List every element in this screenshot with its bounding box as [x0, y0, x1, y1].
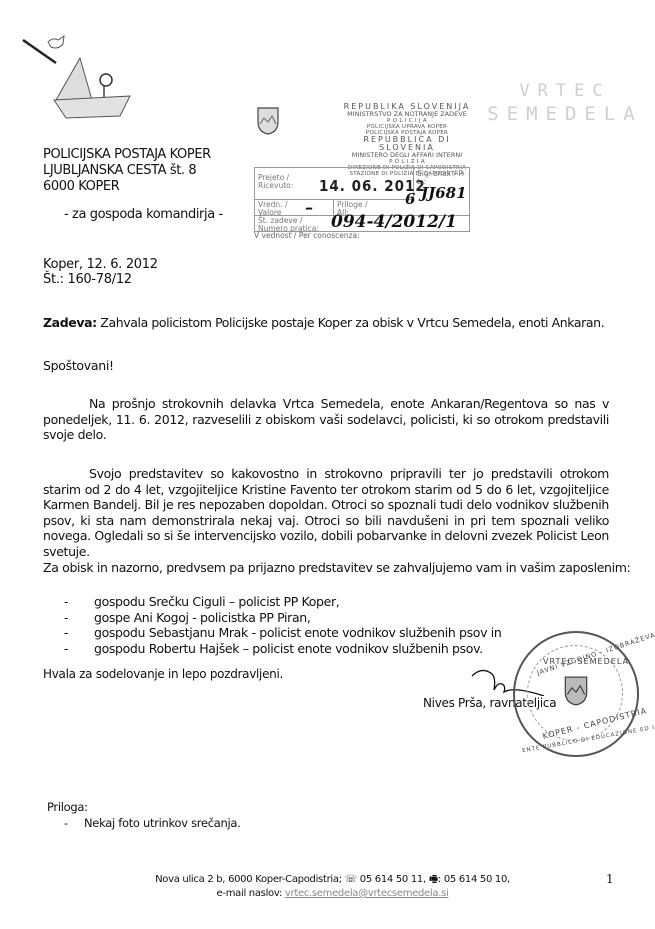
fax-icon: 🖷	[429, 874, 438, 885]
date-block: Koper, 12. 6. 2012 Št.: 160-78/12	[43, 257, 158, 287]
paragraph-1: Na prošnjo strokovnih delavka Vrtca Seme…	[43, 396, 609, 443]
greeting: Spoštovani!	[43, 358, 114, 373]
value-value: –	[305, 198, 313, 217]
place-date: Koper, 12. 6. 2012	[43, 257, 158, 272]
page-footer: Nova ulica 2 b, 6000 Koper-Capodistria; …	[150, 873, 515, 901]
vrtec-semedela-logo: VRTEC SEMEDELA	[480, 80, 650, 126]
list-item: -gospe Ani Kogoj - policistka PP Piran,	[64, 610, 501, 626]
registry-footer-label: V vednost / Per conoscenza:	[254, 231, 360, 240]
sig-value: JJ681	[421, 184, 467, 202]
paragraph-3: Za obisk in nazorno, predvsem pa prijazn…	[43, 560, 609, 576]
closing-text: Hvala za sodelovanje in lepo pozdravljen…	[43, 667, 283, 681]
list-item: -gospodu Robertu Hajšek – policist enote…	[64, 641, 501, 657]
list-item: -gospodu Srečku Ciguli – policist PP Kop…	[64, 594, 501, 610]
phone-icon: ☏	[345, 874, 357, 885]
reference-number: Št.: 160-78/12	[43, 272, 158, 287]
recipient-line: LJUBLJANSKA CESTA št. 8	[43, 163, 211, 179]
email-label: e-mail naslov:	[217, 888, 285, 899]
footer-phone: 05 614 50 11,	[357, 874, 429, 885]
coat-of-arms-icon	[256, 106, 280, 136]
logo-line-1: VRTEC	[480, 80, 650, 102]
recipient-attention: - za gospoda komandirja -	[64, 207, 223, 222]
registry-received-box: Prejeto / Ricevuto: 14. 06. 2012 Sig. zn…	[254, 167, 470, 232]
logo-line-2: SEMEDELA	[480, 102, 650, 126]
subject-label: Zadeva:	[43, 315, 97, 330]
attachment-label: Priloga:	[47, 800, 88, 814]
recipient-line: POLICIJSKA POSTAJA KOPER	[43, 147, 211, 163]
attachment-item: -Nekaj foto utrinkov srečanja.	[64, 816, 240, 830]
email-link[interactable]: vrtec.semedela@vrtecsemedela.si	[285, 888, 449, 899]
coat-of-arms-icon	[563, 675, 589, 707]
subject-line: Zadeva: Zahvala policistom Policijske po…	[43, 315, 604, 330]
paragraph-2: Svojo predstavitev so kakovostno in stro…	[43, 466, 609, 559]
list-item: -gospodu Sebastjanu Mrak - policist enot…	[64, 625, 501, 641]
recipient-line: 6000 KOPER	[43, 179, 211, 195]
received-label: Prejeto / Ricevuto:	[258, 174, 308, 190]
page-number: 1	[606, 872, 614, 886]
subject-text: Zahvala policistom Policijske postaje Ko…	[97, 315, 605, 330]
recipient-address: POLICIJSKA POSTAJA KOPER LJUBLJANSKA CES…	[43, 147, 211, 195]
value-label: Vredn. / Valore	[258, 201, 298, 217]
child-in-paper-boat-icon	[18, 30, 138, 130]
official-round-stamp: JAVNI VZGOJNO - IZOBRAŽEVALNI ZAVOD VRTE…	[513, 631, 639, 757]
case-value: 094-4/2012/1	[331, 212, 457, 232]
thanks-list: -gospodu Srečku Ciguli – policist PP Kop…	[64, 594, 501, 656]
attachments-value: 6	[405, 190, 415, 208]
footer-fax: : 05 614 50 10,	[438, 874, 510, 885]
footer-address: Nova ulica 2 b, 6000 Koper-Capodistria;	[155, 874, 342, 885]
registry-stamp-header: REPUBLIKA SLOVENIJA MINISTRSTVO ZA NOTRA…	[342, 103, 472, 177]
